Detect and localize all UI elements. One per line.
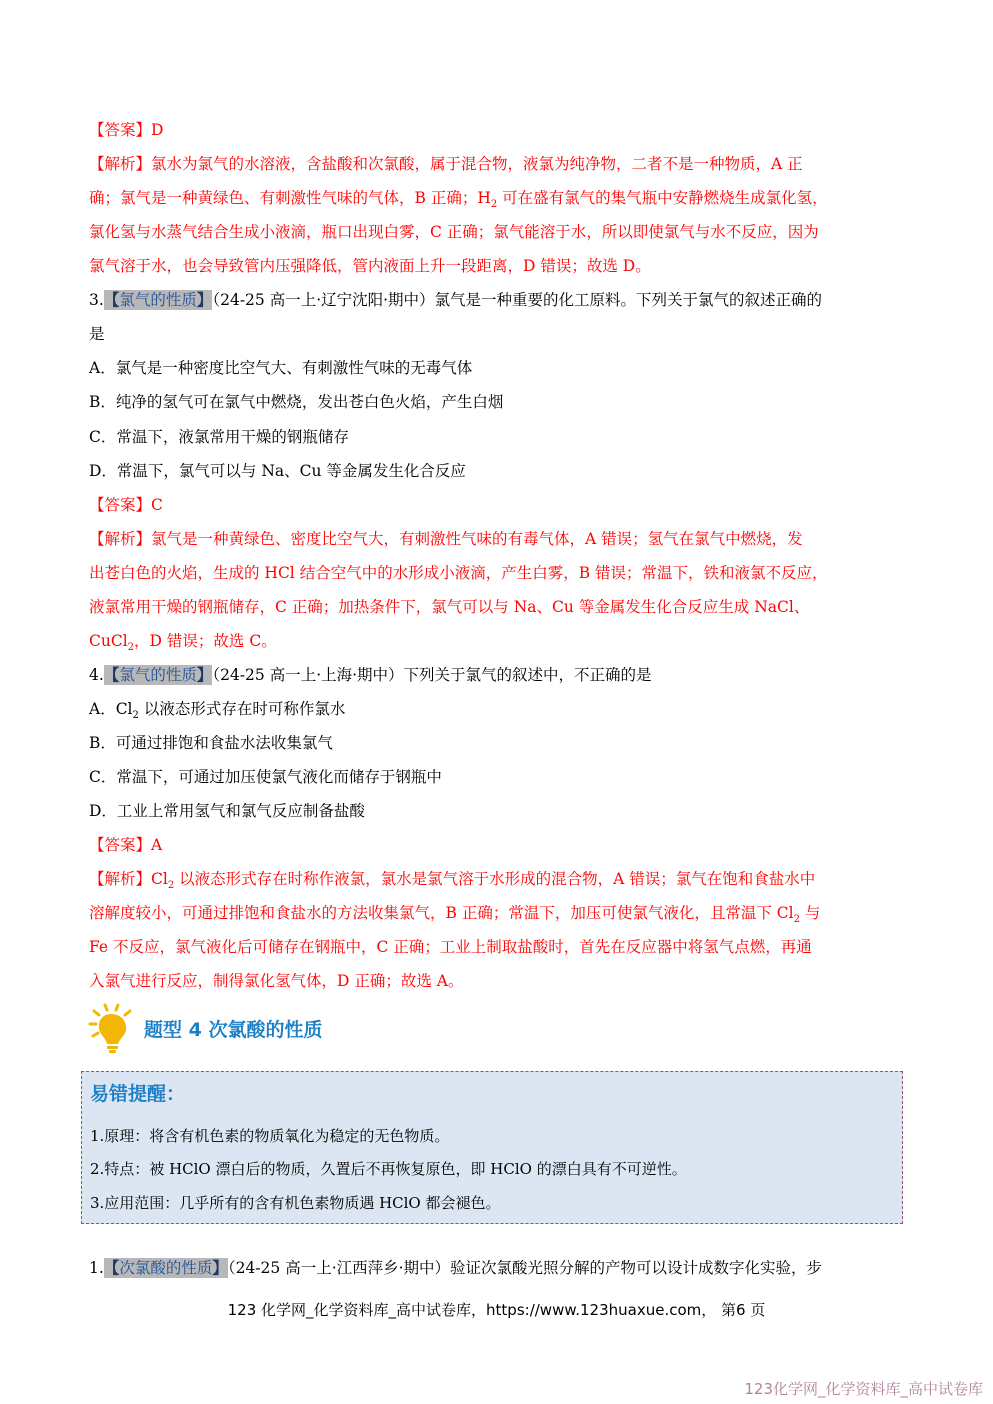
section-title: 题型 4 次氯酸的性质 (144, 1018, 322, 1042)
tip-box: 易错提醒： 1.原理：将含有机色素的物质氧化为稳定的无色物质。 2.特点：被 H… (81, 1071, 903, 1224)
tip-line: 2.特点：被 HClO 漂白后的物质，久置后不再恢复原色，即 HClO 的漂白具… (90, 1159, 687, 1179)
q2-analysis-line: 确；氯气是一种黄绿色、有刺激性气味的气体，B 正确；H2 可在盛有氯气的集气瓶中… (89, 188, 828, 208)
q3-option-d: D．常温下，氯气可以与 Na、Cu 等金属发生化合反应 (89, 461, 466, 481)
q4-topic-tag: 【氯气的性质】 (104, 665, 213, 685)
q1-stem: 1.【次氯酸的性质】（24-25 高一上·江西萍乡·期中）验证次氯酸光照分解的产… (89, 1258, 822, 1278)
q3-analysis-line: 出苍白色的火焰，生成的 HCl 结合空气中的水形成小液滴，产生白雾，B 错误；常… (89, 563, 828, 583)
q4-option-b: B．可通过排饱和食盐水法收集氯气 (89, 733, 333, 753)
q3-analysis-line: 【解析】氯气是一种黄绿色、密度比空气大，有刺激性气味的有毒气体，A 错误；氢气在… (89, 529, 803, 549)
q1-topic-tag: 【次氯酸的性质】 (104, 1258, 228, 1278)
q4-analysis-line: 溶解度较小，可通过排饱和食盐水的方法收集氯气，B 正确；常温下，加压可使氯气液化… (89, 903, 820, 923)
q3-stem-cont: 是 (89, 324, 105, 344)
q2-analysis-line: 氯化氢与水蒸气结合生成小液滴，瓶口出现白雾，C 正确；氯气能溶于水，所以即使氯气… (89, 222, 819, 242)
q3-analysis-line: 液氯常用干燥的钢瓶储存，C 正确；加热条件下，氯气可以与 Na、Cu 等金属发生… (89, 597, 809, 617)
q4-analysis-line: Fe 不反应，氯气液化后可储存在钢瓶中，C 正确；工业上制取盐酸时，首先在反应器… (89, 937, 812, 957)
watermark: 123化学网_化学资料库_高中试卷库 (744, 1378, 983, 1399)
q3-option-a: A．氯气是一种密度比空气大、有刺激性气味的无毒气体 (89, 358, 472, 378)
tip-line: 3.应用范围：几乎所有的含有机色素物质遇 HClO 都会褪色。 (90, 1193, 501, 1213)
lightbulb-icon (88, 1003, 136, 1053)
q4-analysis-line: 入氯气进行反应，制得氯化氢气体，D 正确；故选 A。 (89, 971, 463, 991)
tip-line: 1.原理：将含有机色素的物质氧化为稳定的无色物质。 (90, 1126, 449, 1146)
page-footer: 123 化学网_化学资料库_高中试卷库，https://www.123huaxu… (0, 1299, 993, 1320)
q3-answer: 【答案】C (89, 495, 163, 515)
q4-option-d: D．工业上常用氢气和氯气反应制备盐酸 (89, 801, 365, 821)
q3-option-c: C．常温下，液氯常用干燥的钢瓶储存 (89, 427, 349, 447)
q3-topic-tag: 【氯气的性质】 (104, 290, 213, 310)
q4-analysis-line: 【解析】Cl2 以液态形式存在时称作液氯，氯水是氯气溶于水形成的混合物，A 错误… (89, 869, 815, 889)
q2-analysis-line: 【解析】氯水为氯气的水溶液，含盐酸和次氯酸，属于混合物，液氯为纯净物，二者不是一… (89, 154, 803, 174)
q2-answer: 【答案】D (89, 120, 163, 140)
q2-analysis-line: 氯气溶于水，也会导致管内压强降低，管内液面上升一段距离，D 错误；故选 D。 (89, 256, 651, 276)
q4-answer: 【答案】A (89, 835, 162, 855)
q3-option-b: B．纯净的氢气可在氯气中燃烧，发出苍白色火焰，产生白烟 (89, 392, 503, 412)
q4-option-c: C．常温下，可通过加压使氯气液化而储存于钢瓶中 (89, 767, 442, 787)
q3-stem: 3.【氯气的性质】（24-25 高一上·辽宁沈阳·期中）氯气是一种重要的化工原料… (89, 290, 822, 310)
q4-stem: 4.【氯气的性质】（24-25 高一上·上海·期中）下列关于氯气的叙述中，不正确… (89, 665, 652, 685)
q4-option-a: A．Cl2 以液态形式存在时可称作氯水 (89, 699, 345, 719)
q3-analysis-line: CuCl2，D 错误；故选 C。 (89, 631, 277, 651)
tip-title: 易错提醒： (90, 1079, 185, 1106)
